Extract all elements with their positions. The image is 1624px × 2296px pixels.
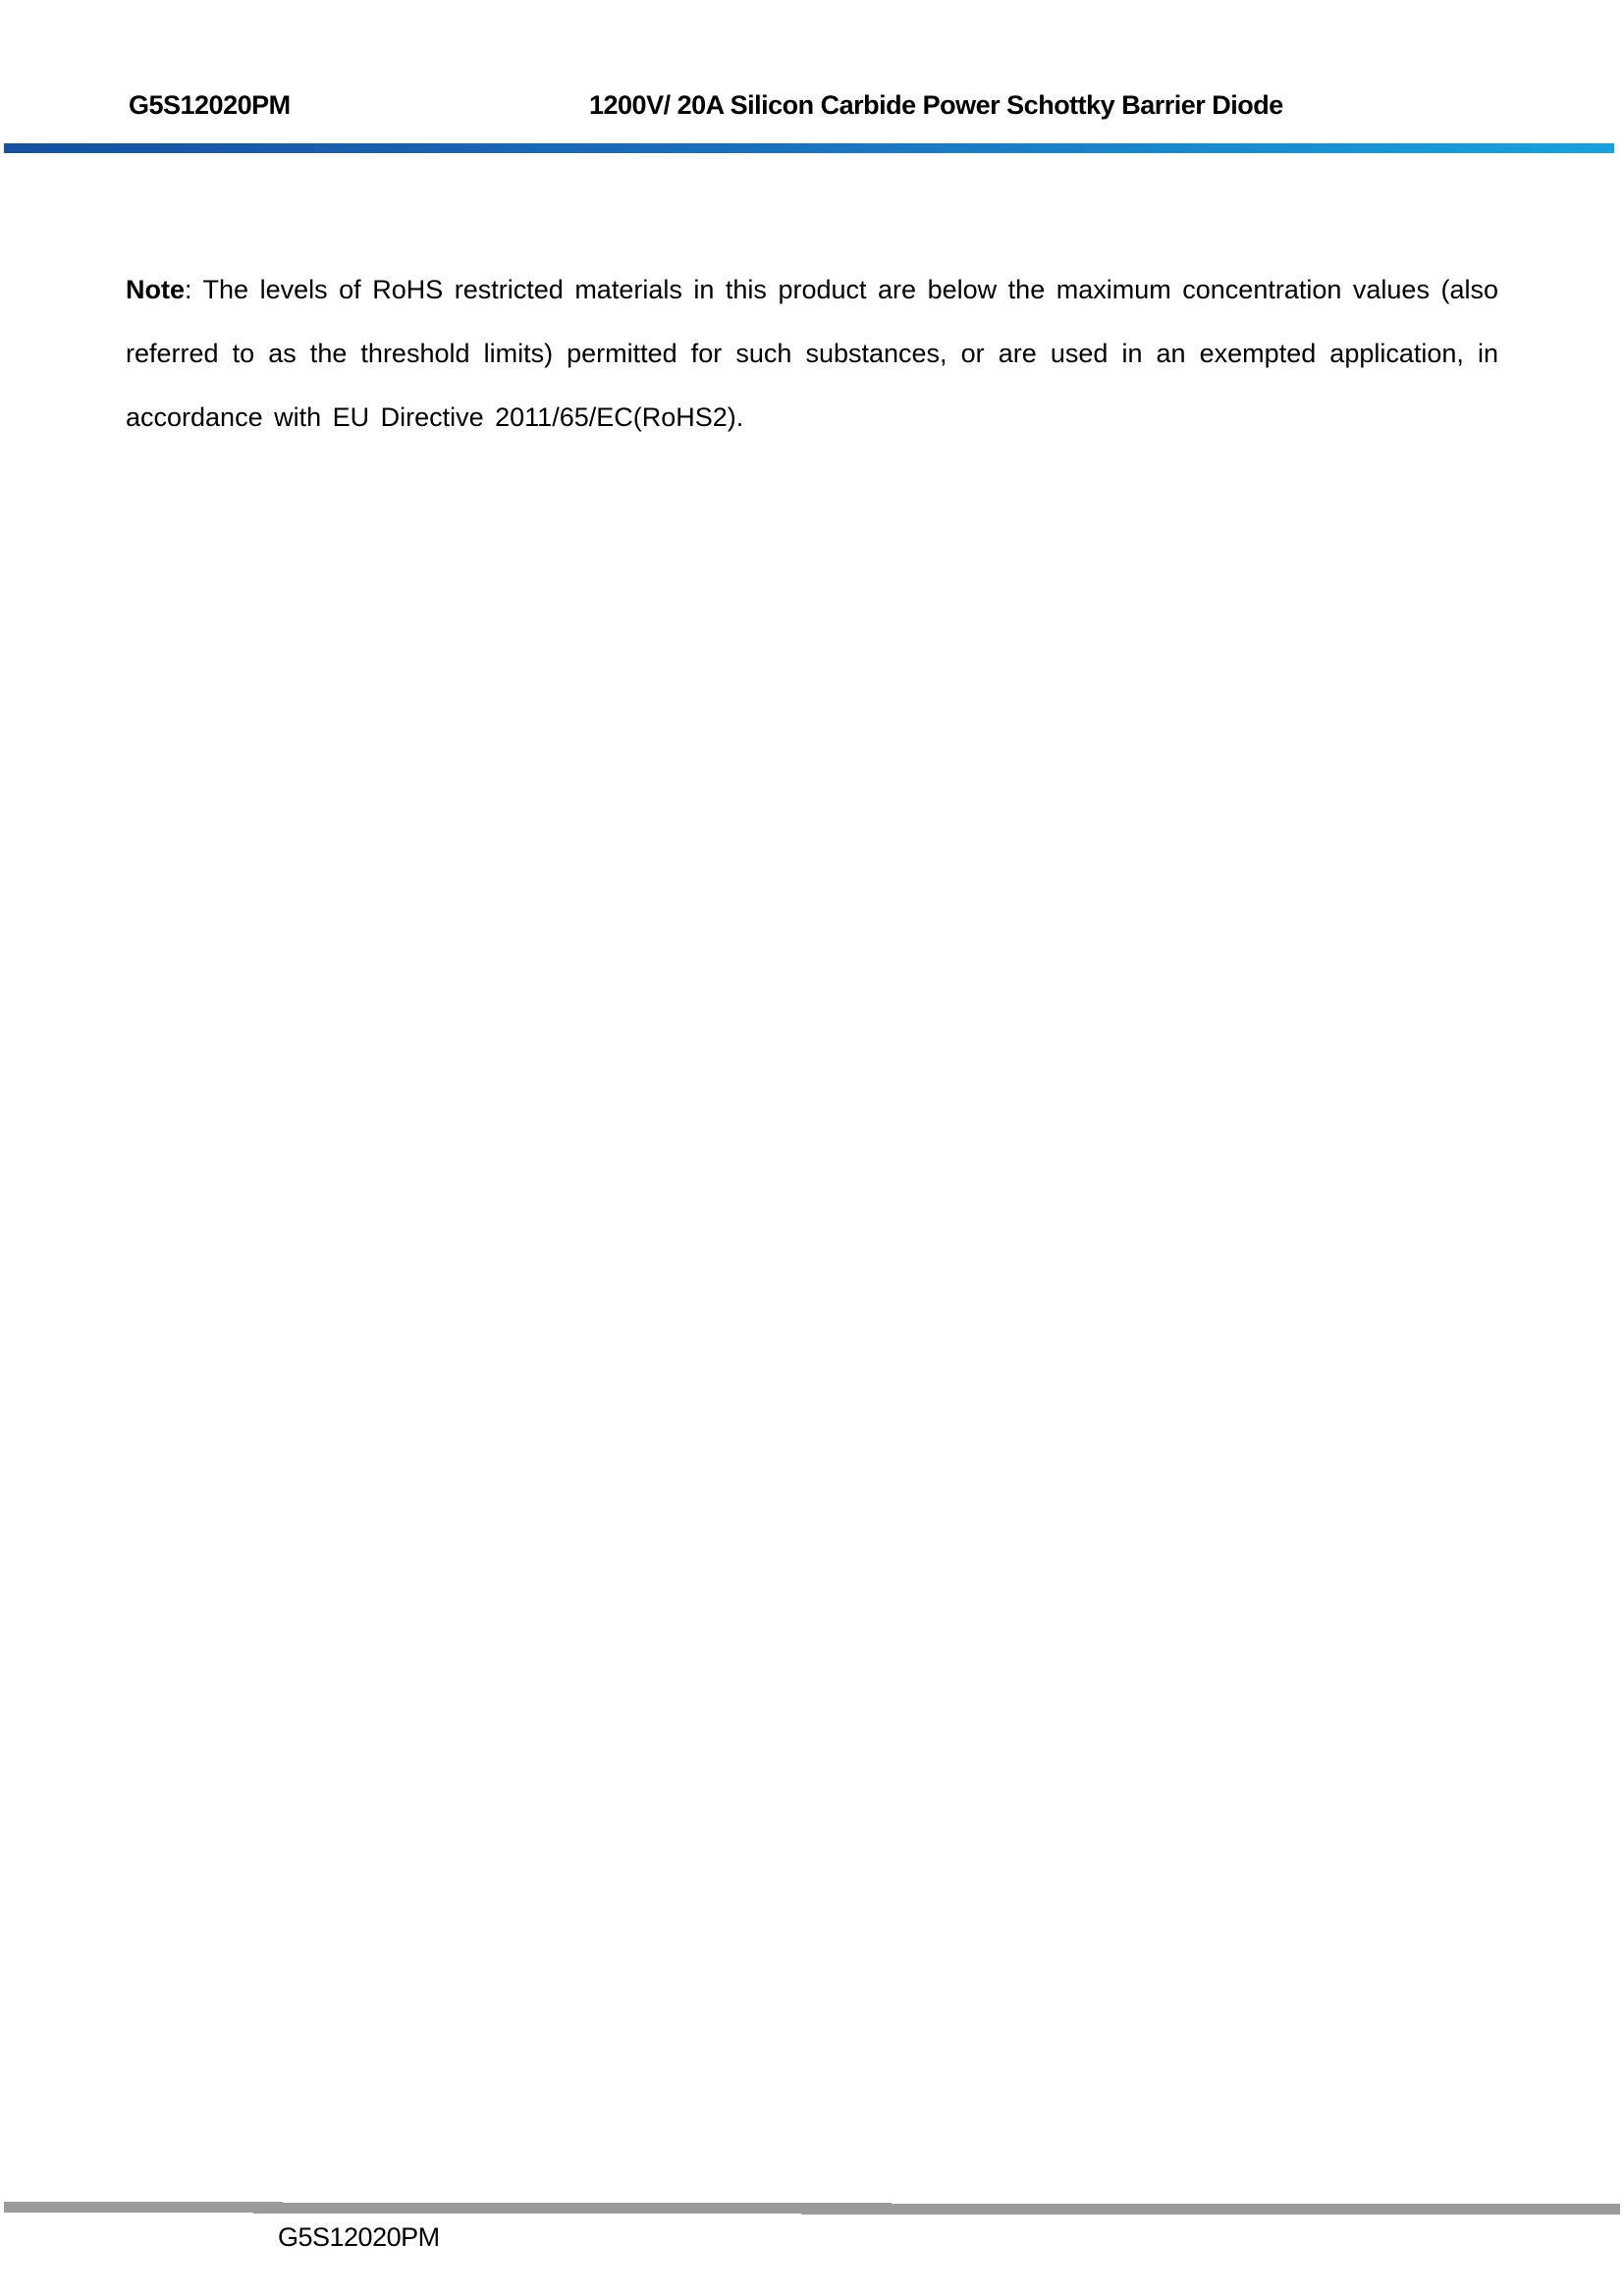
footer-divider-bar (253, 2203, 892, 2214)
footer-divider-bar (4, 2202, 283, 2213)
header-title: 1200V/ 20A Silicon Carbide Power Schottk… (589, 90, 1283, 121)
rohs-note: Note: The levels of RoHS restricted mate… (126, 258, 1498, 450)
header-divider-bar (4, 143, 1614, 153)
header-part-number: G5S12020PM (129, 90, 291, 121)
note-text: : The levels of RoHS restricted material… (126, 275, 1498, 432)
note-label: Note (126, 275, 185, 304)
footer-divider-bar (801, 2204, 1620, 2215)
footer-part-number: G5S12020PM (278, 2222, 440, 2253)
